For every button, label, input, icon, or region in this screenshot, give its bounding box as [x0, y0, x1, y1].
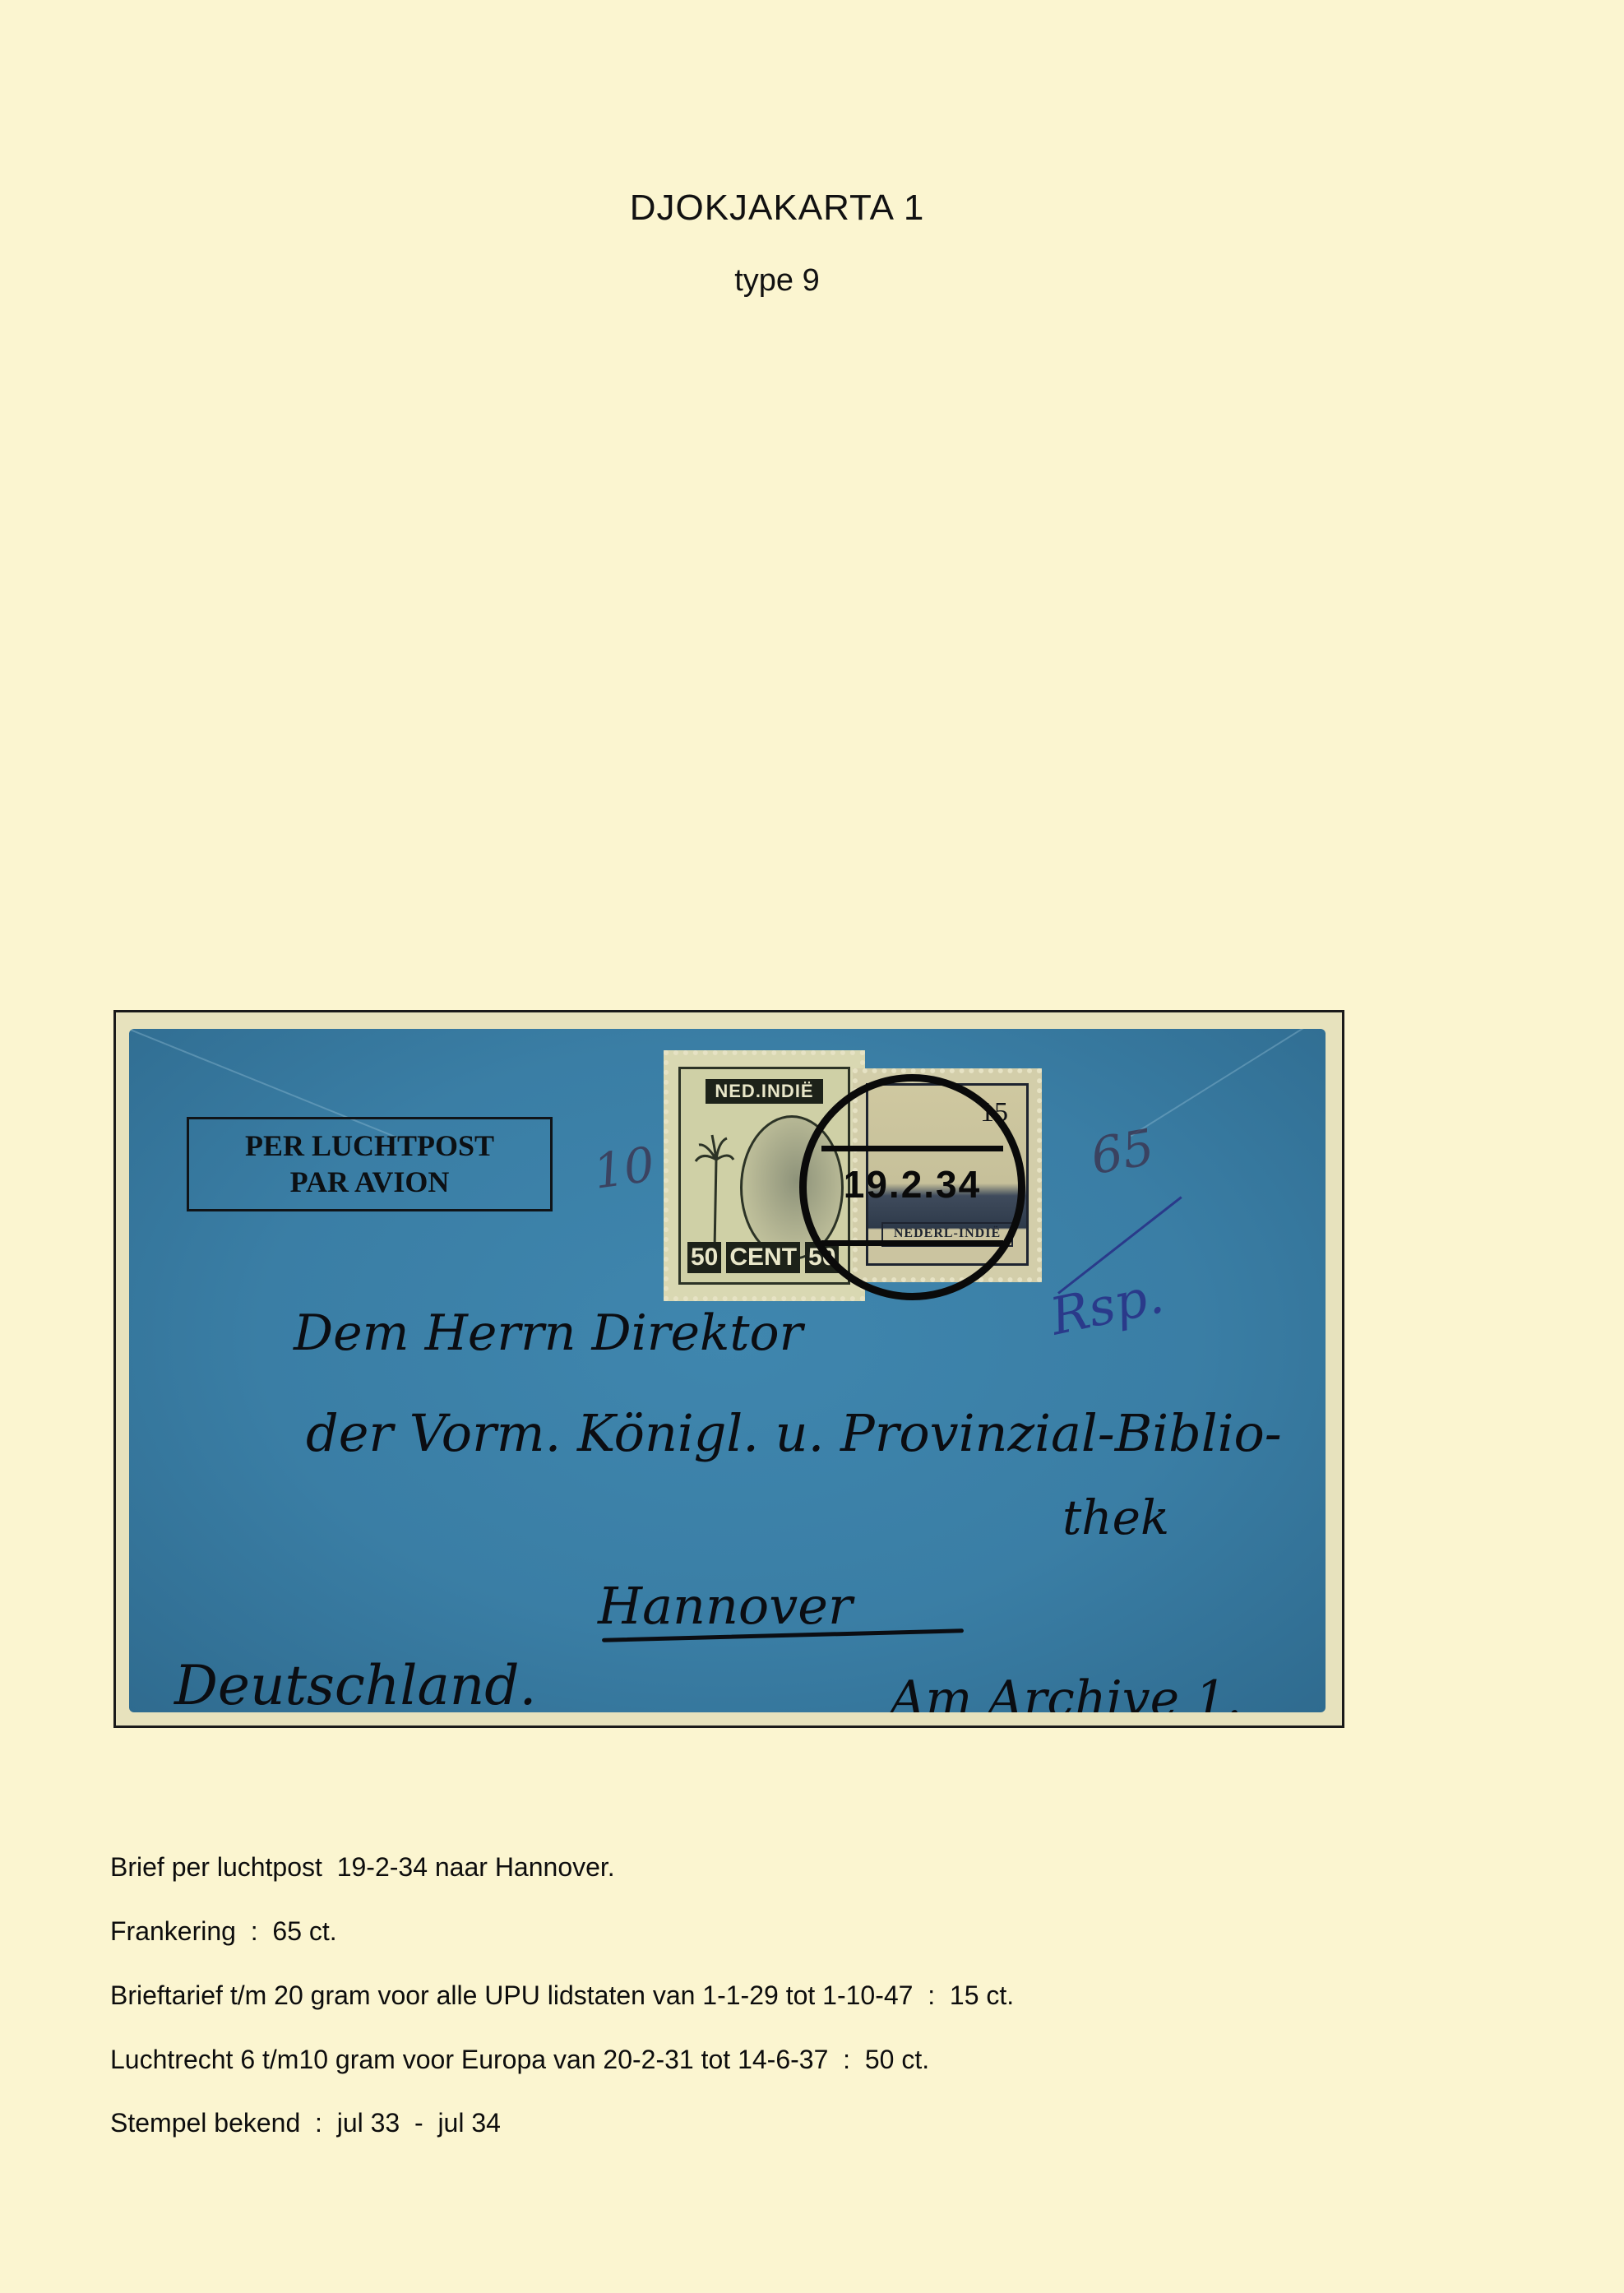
address-line2: der Vorm. Königl. u. Provinzial-Biblio-	[306, 1403, 1282, 1463]
address-line1: Dem Herrn Direktor	[294, 1304, 803, 1362]
cover-mount: PER LUCHTPOST PAR AVION 10 65 NED.INDIË …	[113, 1010, 1344, 1728]
description-line: Brief per luchtpost 19-2-34 naar Hannove…	[110, 1852, 615, 1883]
page-title: DJOKJAKARTA 1	[0, 188, 1554, 229]
stamp-value-left: 50	[687, 1242, 721, 1273]
description-line: Stempel bekend : jul 33 - jul 34	[110, 2108, 501, 2138]
airmail-label-line2: PAR AVION	[189, 1164, 550, 1200]
description-line: Luchtrecht 6 t/m10 gram voor Europa van …	[110, 2045, 929, 2075]
blue-ink-mark: Rsp.	[1045, 1264, 1168, 1346]
address-city: Hannover	[598, 1576, 853, 1636]
description-line: Frankering : 65 ct.	[110, 1916, 337, 1947]
airmail-label-line1: PER LUCHTPOST	[189, 1128, 550, 1164]
description-line: Brieftarief t/m 20 gram voor alle UPU li…	[110, 1980, 1014, 2011]
postmark-cancel: 19.2.34	[799, 1074, 1025, 1300]
address-street: Am Archive 1.	[890, 1670, 1242, 1712]
postmark-date: 19.2.34	[807, 1162, 1018, 1207]
pencil-note-right: 65	[1087, 1119, 1159, 1186]
palm-tree-icon	[694, 1127, 735, 1250]
stamp-country: NED.INDIË	[706, 1079, 823, 1104]
stamp-value-text: CENT	[726, 1242, 800, 1273]
pencil-note-left: 10	[590, 1136, 659, 1200]
flap-crease	[1130, 1029, 1326, 1137]
page-subtitle: type 9	[0, 263, 1554, 299]
airmail-label: PER LUCHTPOST PAR AVION	[187, 1117, 553, 1211]
address-country: Deutschland.	[174, 1654, 537, 1712]
address-line3: thek	[1062, 1489, 1169, 1545]
airmail-envelope: PER LUCHTPOST PAR AVION 10 65 NED.INDIË …	[129, 1029, 1326, 1712]
